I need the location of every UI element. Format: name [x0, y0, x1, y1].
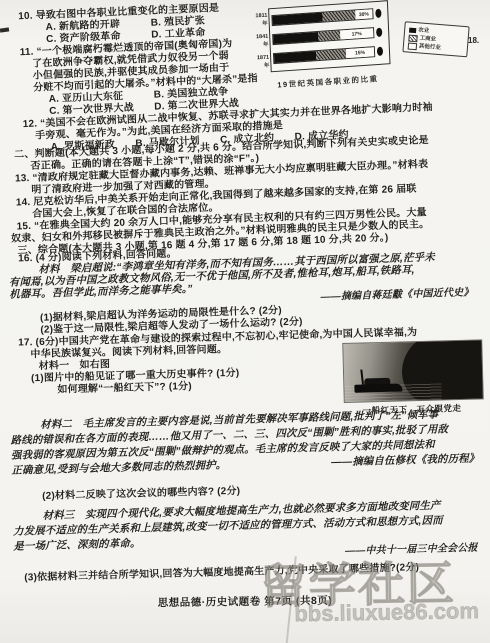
legend-swatch-agriculture — [409, 27, 416, 33]
boat-hull — [354, 383, 402, 392]
exam-page: 18. 10. 导致右图中各职业比重变化的主要原因是 A. 新航路的开辟 B. … — [0, 0, 490, 643]
chart-frame: 30% 17% 15% — [268, 0, 390, 72]
percent-label: 30% — [355, 9, 372, 19]
section-question-17: 17. (6分)中国共产党在革命与建设的探索过程中,不忘初心,牢记使命,为中国人… — [0, 325, 490, 585]
bar-segment-industry — [318, 30, 340, 40]
year-label: 1841年 — [251, 34, 269, 49]
legend-label: 其他行业 — [419, 42, 442, 52]
bar-segment-agriculture — [274, 51, 316, 63]
boat-mast — [360, 370, 363, 385]
percent-label: 15% — [346, 47, 374, 58]
bar-1871: 15% — [273, 46, 375, 64]
bar-end-dot — [376, 28, 382, 37]
section-judge-questions: 二、判断题(本大题共 3 小题,每小题 2 分,共 6 分。结合所学知识,判断下… — [0, 133, 490, 258]
percent-label: 17% — [340, 28, 373, 39]
section-choice-questions: 10. 导致右图中各职业比重变化的主要原因是 A. 新航路的开辟 B. 殖民扩张… — [0, 0, 490, 156]
section-question-16: 16. (4 分)阅读下列材料,回答问题。 材料 梁启超说:“李鸿章坐知有洋务,… — [0, 239, 490, 338]
bar-segment-industry — [322, 10, 355, 21]
bar-end-dot — [375, 9, 381, 18]
legend-swatch-other — [408, 42, 418, 50]
chart-caption: 19世纪英国各职业的比重 — [277, 73, 379, 90]
red-boat-photo — [342, 339, 484, 403]
year-label: 1811年 — [250, 13, 268, 28]
bar-1811: 30% — [271, 8, 373, 26]
bar-segment-industry — [316, 49, 346, 60]
chart-legend: 农业 工商业 其他行业 — [402, 21, 469, 57]
bar-segment-agriculture — [273, 32, 318, 44]
legend-swatch-industry — [408, 34, 418, 42]
bar-segment-agriculture — [272, 13, 322, 25]
attribution: ——摘编自伍修权《我的历程》 — [331, 451, 480, 470]
bar-end-dot — [377, 47, 383, 56]
year-label: 1871年 — [252, 55, 270, 70]
occupations-bar-chart: 1811年 1841年 1871年 30% 17% — [250, 0, 490, 101]
bar-1841: 17% — [272, 27, 374, 45]
page-footer: 思想品德·历史试题卷 第7页 (共8页) — [0, 591, 490, 613]
bar-row: 15% — [273, 43, 389, 66]
